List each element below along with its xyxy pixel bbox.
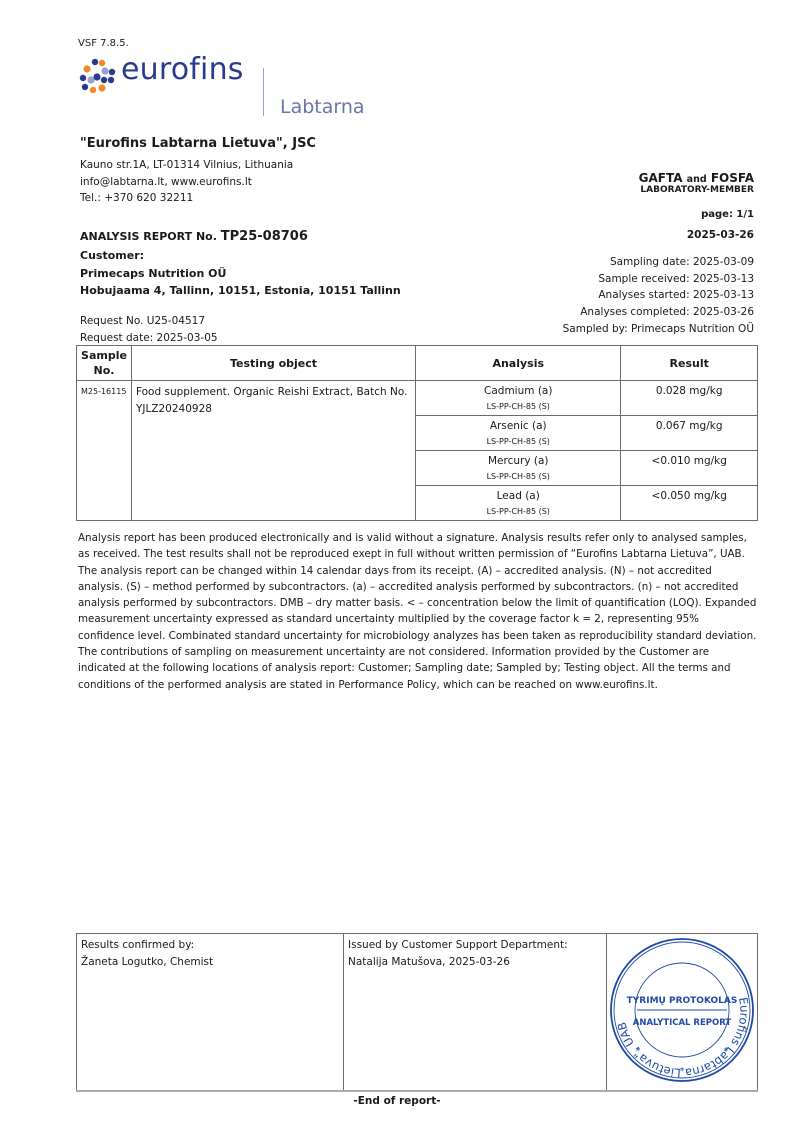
eurofins-logo: eurofins Labtarna <box>78 58 378 120</box>
issued-cell: Issued by Customer Support Department: N… <box>344 934 607 1092</box>
lab-contacts: Kauno str.1A, LT-01314 Vilnius, Lithuani… <box>80 157 293 207</box>
end-of-report: -End of report- <box>0 1095 794 1107</box>
header-sample-no: Sample No. <box>77 346 132 381</box>
svg-text:ANALYTICAL REPORT: ANALYTICAL REPORT <box>633 1018 732 1028</box>
analysis-cell: Arsenic (a) LS-PP-CH-85 (S) <box>416 416 621 451</box>
request-info: Request No. U25-04517 Request date: 2025… <box>80 313 218 346</box>
sampling-date: Sampling date: 2025-03-09 <box>563 254 754 271</box>
form-version: VSF 7.8.5. <box>78 38 129 49</box>
customer-block: Customer: Primecaps Nutrition OÜ Hobujaa… <box>80 247 401 300</box>
and-label: and <box>687 174 707 185</box>
logo-divider <box>263 68 264 116</box>
customer-name: Primecaps Nutrition OÜ <box>80 265 401 283</box>
eurofins-dots-icon <box>78 58 118 98</box>
lab-email-web: info@labtarna.lt, www.eurofins.lt <box>80 174 293 191</box>
results-table: Sample No. Testing object Analysis Resul… <box>76 345 758 521</box>
signature-table: Results confirmed by: Žaneta Logutko, Ch… <box>76 933 758 1092</box>
report-number: TP25-08706 <box>221 229 308 244</box>
report-title: ANALYSIS REPORT No. TP25-08706 <box>80 229 308 244</box>
result-value: <0.010 mg/kg <box>621 451 758 486</box>
analysis-name: Lead (a) <box>416 489 620 503</box>
svg-text:*: * <box>636 1046 641 1057</box>
confirmed-name: Žaneta Logutko, Chemist <box>81 954 339 971</box>
issued-name: Natalija Matušova, 2025-03-26 <box>348 954 602 971</box>
fosfa-label: FOSFA <box>711 171 754 185</box>
logo-subbrand: Labtarna <box>280 96 365 118</box>
customer-label: Customer: <box>80 247 401 265</box>
analysis-method: LS-PP-CH-85 (S) <box>416 472 620 482</box>
analysis-cell: Mercury (a) LS-PP-CH-85 (S) <box>416 451 621 486</box>
result-value: 0.028 mg/kg <box>621 381 758 416</box>
svg-text:TYRIMŲ PROTOKOLAS: TYRIMŲ PROTOKOLAS <box>627 996 738 1006</box>
issued-label: Issued by Customer Support Department: <box>348 937 602 954</box>
analysis-method: LS-PP-CH-85 (S) <box>416 507 620 517</box>
analysis-method: LS-PP-CH-85 (S) <box>416 437 620 447</box>
confirmed-label: Results confirmed by: <box>81 937 339 954</box>
membership-subtitle: LABORATORY-MEMBER <box>640 185 754 195</box>
lab-phone: Tel.: +370 620 32211 <box>80 190 293 207</box>
gafta-label: GAFTA <box>639 171 683 185</box>
results-header-row: Sample No. Testing object Analysis Resul… <box>77 346 758 381</box>
disclaimer-notes: Analysis report has been produced electr… <box>78 530 758 693</box>
sample-received: Sample received: 2025-03-13 <box>563 271 754 288</box>
lab-name: "Eurofins Labtarna Lietuva", JSC <box>80 136 316 151</box>
svg-text:*: * <box>724 1046 729 1057</box>
testing-object: Food supplement. Organic Reishi Extract,… <box>131 381 415 521</box>
sample-number: M25-16115 <box>77 381 132 521</box>
analysis-method: LS-PP-CH-85 (S) <box>416 402 620 412</box>
sample-dates: Sampling date: 2025-03-09 Sample receive… <box>563 254 754 338</box>
analysis-name: Cadmium (a) <box>416 384 620 398</box>
lab-address: Kauno str.1A, LT-01314 Vilnius, Lithuani… <box>80 157 293 174</box>
stamp-cell: Eurofins Labtarna Lietuva", UAB TYRIMŲ P… <box>607 934 758 1092</box>
report-date: 2025-03-26 <box>687 229 754 241</box>
svg-text:Eurofins Labtarna Lietuva", UA: Eurofins Labtarna Lietuva", UAB <box>614 977 757 1084</box>
request-date: Request date: 2025-03-05 <box>80 330 218 347</box>
analysis-cell: Cadmium (a) LS-PP-CH-85 (S) <box>416 381 621 416</box>
membership-title: GAFTA and FOSFA <box>639 172 754 186</box>
header-result: Result <box>621 346 758 381</box>
header-testing-object: Testing object <box>131 346 415 381</box>
request-number: Request No. U25-04517 <box>80 313 218 330</box>
svg-text:*: * <box>680 1066 685 1077</box>
header-analysis: Analysis <box>416 346 621 381</box>
result-value: <0.050 mg/kg <box>621 486 758 521</box>
analysis-cell: Lead (a) LS-PP-CH-85 (S) <box>416 486 621 521</box>
confirmed-cell: Results confirmed by: Žaneta Logutko, Ch… <box>77 934 344 1092</box>
analyses-started: Analyses started: 2025-03-13 <box>563 287 754 304</box>
signature-row: Results confirmed by: Žaneta Logutko, Ch… <box>77 934 758 1092</box>
customer-address: Hobujaama 4, Tallinn, 10151, Estonia, 10… <box>80 282 401 300</box>
result-value: 0.067 mg/kg <box>621 416 758 451</box>
analysis-name: Mercury (a) <box>416 454 620 468</box>
sampled-by: Sampled by: Primecaps Nutrition OÜ <box>563 321 754 338</box>
table-row: M25-16115 Food supplement. Organic Reish… <box>77 381 758 416</box>
page-number: page: 1/1 <box>701 209 754 220</box>
lab-stamp-icon: Eurofins Labtarna Lietuva", UAB TYRIMŲ P… <box>607 934 757 1084</box>
analysis-name: Arsenic (a) <box>416 419 620 433</box>
analyses-completed: Analyses completed: 2025-03-26 <box>563 304 754 321</box>
logo-brand: eurofins <box>121 52 244 87</box>
report-prefix: ANALYSIS REPORT No. <box>80 230 217 243</box>
